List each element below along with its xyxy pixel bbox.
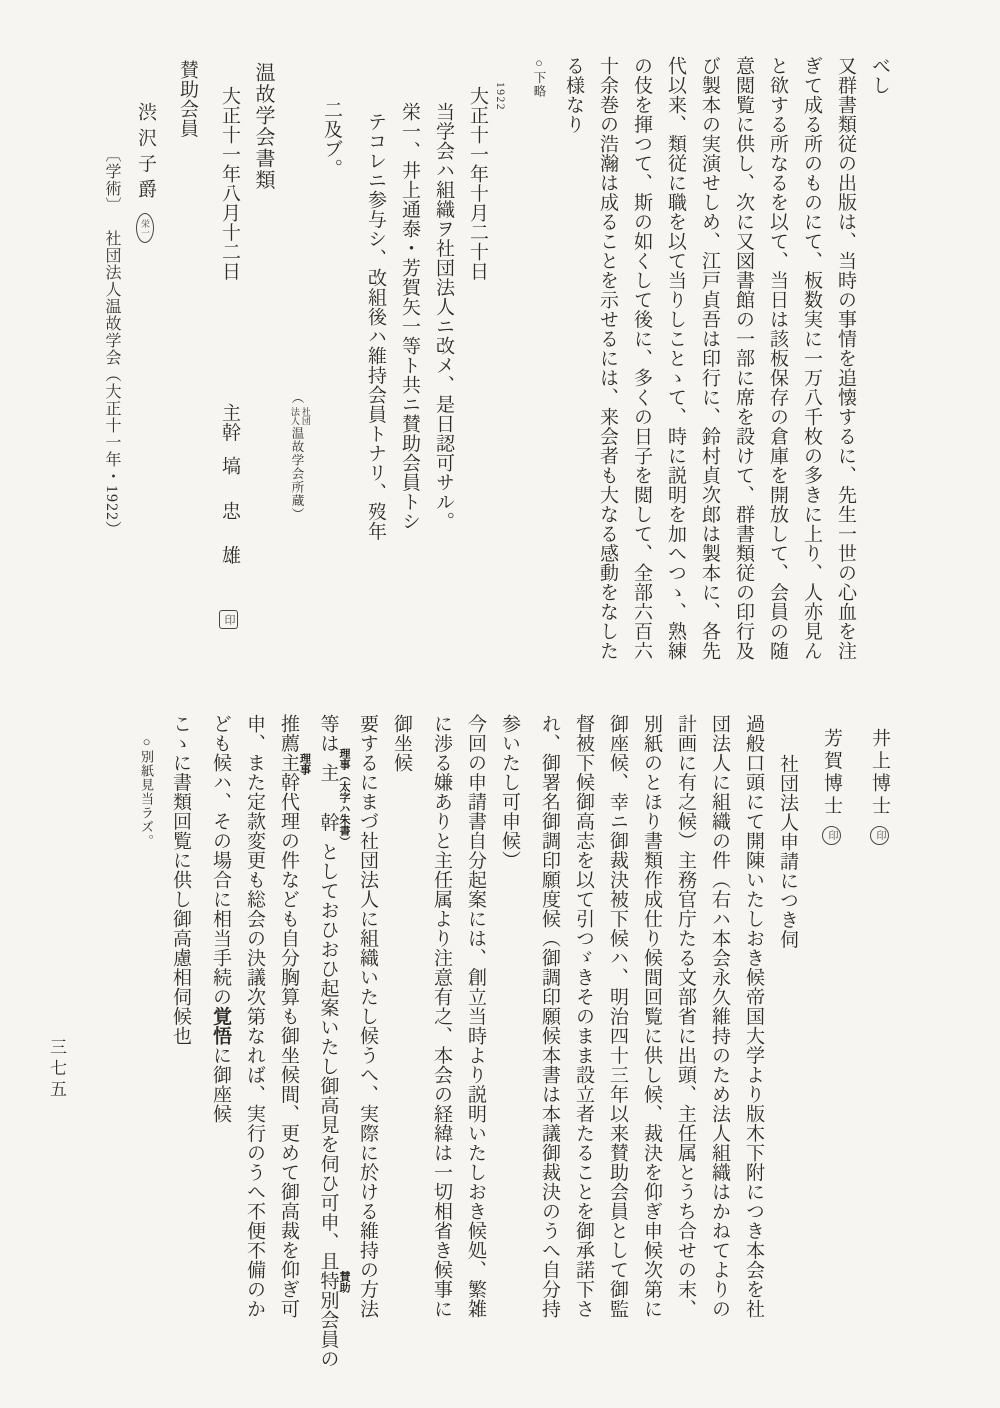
quote-line: ぎて成る所のものにて、板数実に一万八千枚の多きに上り、人亦見ん xyxy=(794,56,828,678)
signatory-name: 井上博士 xyxy=(869,728,890,818)
year-annotation: 1922 xyxy=(483,82,517,111)
margin-annotation: 理事 xyxy=(299,753,311,792)
resolution-line: テコレニ参与シ、改組後ハ維持会員トナリ、歿年 xyxy=(358,56,392,678)
signatory-name: 芳賀博士 xyxy=(821,728,842,818)
source-note: （社団法人温故学会所蔵） xyxy=(280,56,314,678)
document-page: べし 又群書類従の出版は、当時の事情を追懐するに、先生一世の心血を注 ぎて成る所… xyxy=(0,0,1000,1408)
caption-source: 社団法人温故学会（大正十一年・1922） xyxy=(103,230,120,538)
body-line: 今回の申請書自分起案には、創立当時より説明いたしおき候処、繁雑 xyxy=(458,714,492,1336)
document-date-signature: 大正十一年八月十二日主幹塙忠雄印 xyxy=(212,56,246,678)
body-line: 団法人に組織の件（右ハ本会永久維持のため法人組織はかねてよりの xyxy=(702,714,736,1336)
bottom-text-block: 井上博士印 芳賀博士印 社団法人申請につき伺 過般口頭にて開陳いたしおき候帝国大… xyxy=(129,714,896,1336)
body-line: れ、御署名御調印願度候（御調印願候本書は本議御裁決のうへ自分持 xyxy=(532,714,566,1336)
quote-line: 又群書類従の出版は、当時の事情を追懐するに、先生一世の心血を注 xyxy=(828,56,862,678)
supporter-name-line: 渋沢子爵栄一 xyxy=(128,56,162,678)
paren-open: （ xyxy=(290,391,304,405)
body-line: 御坐候 xyxy=(384,714,418,1336)
page-number: 三七五 xyxy=(44,1038,69,1101)
body-line: こゝに書類回覧に供し御高慮相伺候也 xyxy=(163,714,197,1336)
body-line-annotated: 等は主幹理事（太字ハ朱書）としておひおひ起案いたし御高見を伺ひ可申、且特別賛助会… xyxy=(311,714,351,1336)
quote-line: び製本の実演せしめ、江戸貞吾は印行に、鈴村貞次郎は製本に、各先 xyxy=(692,56,726,678)
margin-annotation: 理事（太字ハ朱書） xyxy=(338,748,350,847)
caption-category: 〔学術〕 xyxy=(103,146,120,214)
body-line: 要するにまづ社団法人に組織いたし候うへ、実際に於ける維持の方法 xyxy=(350,714,384,1336)
paren-close: ） xyxy=(290,508,304,522)
body-line: 計画に有之候）主務官庁たる文部省に出頭、主任属とうち合せの末、 xyxy=(668,714,702,1336)
source-name: 温故学会所蔵 xyxy=(290,427,304,508)
archive-caption: 〔学術〕社団法人温故学会（大正十一年・1922） xyxy=(94,56,128,678)
warichu-corporation: 社団法人 xyxy=(289,407,311,425)
resolution-line: 二及ブ。 xyxy=(314,56,348,678)
body-line: 御座候、幸ニ御裁決被下候ハ、明治四十三年以来賛助会員として御監 xyxy=(600,714,634,1336)
resolution-line: 栄一、井上通泰・芳賀矢一等ト共ニ賛助会員トシ xyxy=(392,56,426,678)
editor-note: ○別紙見当ラズ。 xyxy=(129,714,163,1336)
document-title: 温故学会書類 xyxy=(246,56,280,678)
signatory-line: 井上博士印 xyxy=(862,714,896,1336)
quote-line: 十余巻の浩瀚は成ることを示せるには、来会者も大なる感動をなした xyxy=(590,56,624,678)
supporter-name: 渋沢子爵 xyxy=(135,102,156,205)
signer-role: 主幹 xyxy=(219,403,240,442)
emphasized-term: 覚悟 xyxy=(210,1007,231,1046)
body-line: 申、また定款変更も総会の決議次第なれば、実行のうへ不便不備のか xyxy=(237,714,271,1336)
quote-line: と欲する所なるを以て、当日は該板保存の倉庫を開放して、会員の随 xyxy=(760,56,794,678)
quote-line: の伎を揮つて、斯の如くして後に、多くの日子を閲して、全部六百六 xyxy=(624,56,658,678)
date-text: 大正十一年十月二十日 xyxy=(467,86,488,281)
top-text-block: べし 又群書類従の出版は、当時の事情を追懐するに、先生一世の心血を注 ぎて成る所… xyxy=(94,56,896,678)
annotated-term: 主幹理事 xyxy=(278,753,299,792)
signer-name: 塙忠雄 xyxy=(219,456,240,590)
signatory-line: 芳賀博士印 xyxy=(814,714,848,1336)
body-line: 別紙のとほり書類作成仕り候間回覧に供し候、裁決を仰ぎ申候次第に xyxy=(634,714,668,1336)
annotated-term: 特別賛助 xyxy=(318,1271,339,1310)
supporter-label: 賛助会員 xyxy=(170,56,204,678)
quote-lead-line: べし xyxy=(862,56,896,678)
body-line-annotated: ども候ハ、その場合に相当手続の覚悟に御座候 xyxy=(203,714,237,1336)
resolution-line: 当学会ハ組織ヲ社団法人ニ改メ、是日認可サル。 xyxy=(426,56,460,678)
margin-annotation: 賛助 xyxy=(338,1271,350,1310)
quote-line: 意閲覧に供し、次に又図書館の一部に席を設けて、群書類従の印行及 xyxy=(726,56,760,678)
quote-line: 代以来、類従に職を以て当りしことゝて、時に説明を加へつゝ、熟練 xyxy=(658,56,692,678)
body-line: 参いたし可申候） xyxy=(492,714,526,1336)
oval-seal-icon: 栄一 xyxy=(136,213,154,243)
omission-note: ○下略 xyxy=(522,56,556,678)
body-line: 過般口頭にて開陳いたしおき候帝国大学より版木下附につき本会を社 xyxy=(736,714,770,1336)
body-line: に渉る嫌ありと主任属より注意有之、本会の経緯は一切相省き候事に xyxy=(424,714,458,1336)
date-line: 1922大正十一年十月二十日 xyxy=(460,56,494,678)
document-date: 大正十一年八月十二日 xyxy=(219,86,240,281)
seal-stamp-icon: 印 xyxy=(822,826,841,845)
body-line-annotated: 推薦主幹理事代理の件なども自分胸算も御坐候間、更めて御高裁を仰ぎ可 xyxy=(271,714,311,1336)
annotated-term: 主幹理事（太字ハ朱書） xyxy=(318,753,339,842)
seal-stamp-icon: 印 xyxy=(219,610,238,629)
body-line: 督被下候御高志を以て引つゞきそのまま設立者たることを御承諾下さ xyxy=(566,714,600,1336)
seal-stamp-icon: 印 xyxy=(870,826,889,845)
subject-line: 社団法人申請につき伺 xyxy=(770,714,804,1336)
quote-line: る様なり xyxy=(556,56,590,678)
